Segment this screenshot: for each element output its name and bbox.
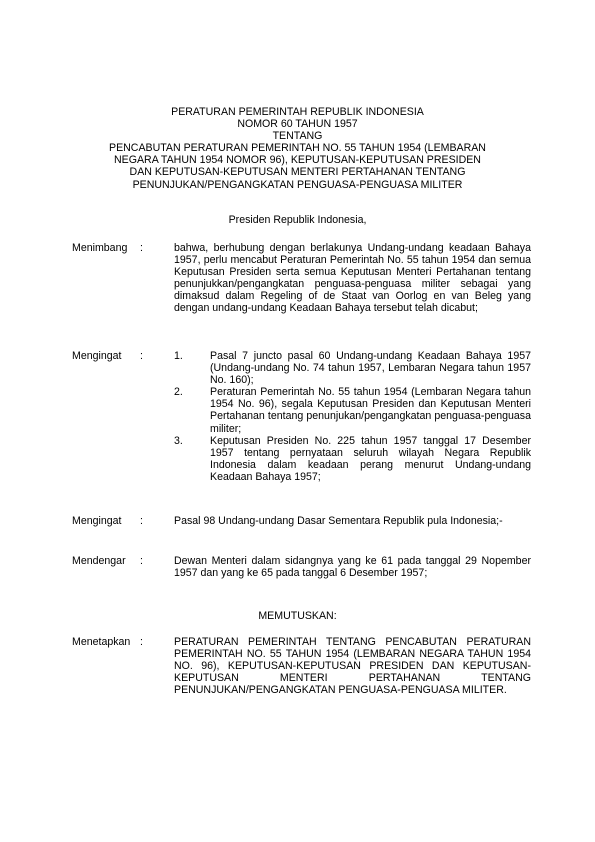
title-line: PENUNJUKAN/PENGANGKATAN PENGUASA-PENGUAS…	[60, 179, 535, 191]
title-line: PERATURAN PEMERINTAH REPUBLIK INDONESIA	[60, 106, 535, 118]
title-line: NEGARA TAHUN 1954 NOMOR 96), KEPUTUSAN-K…	[60, 154, 535, 166]
section-colon: :	[140, 515, 143, 527]
list-item: 2. Peraturan Pemerintah No. 55 tahun 195…	[174, 386, 531, 434]
section-colon: :	[140, 242, 143, 254]
title-line: DAN KEPUTUSAN-KEPUTUSAN MENTERI PERTAHAN…	[60, 166, 535, 178]
opening-line: Presiden Republik Indonesia,	[60, 214, 535, 226]
title-line: TENTANG	[60, 130, 535, 142]
section-label: Menetapkan	[72, 636, 130, 648]
section-colon: :	[140, 636, 143, 648]
section-colon: :	[140, 350, 143, 362]
document-title: PERATURAN PEMERINTAH REPUBLIK INDONESIA …	[60, 106, 535, 191]
list-item: 3. Keputusan Presiden No. 225 tahun 1957…	[174, 435, 531, 483]
section-body: Dewan Menteri dalam sidangnya yang ke 61…	[174, 555, 531, 579]
list-number: 1.	[174, 350, 183, 362]
list-item: 1. Pasal 7 juncto pasal 60 Undang-undang…	[174, 350, 531, 386]
section-colon: :	[140, 555, 143, 567]
list-text: Keputusan Presiden No. 225 tahun 1957 ta…	[210, 435, 531, 483]
memutuskan-heading: MEMUTUSKAN:	[60, 610, 535, 622]
section-label: Menimbang	[72, 242, 127, 254]
section-body: PERATURAN PEMERINTAH TENTANG PENCABUTAN …	[174, 636, 531, 696]
section-label: Mengingat	[72, 350, 121, 362]
section-label: Mengingat	[72, 515, 121, 527]
list-text: Peraturan Pemerintah No. 55 tahun 1954 (…	[210, 386, 531, 434]
title-line: NOMOR 60 TAHUN 1957	[60, 118, 535, 130]
section-label: Mendengar	[72, 555, 126, 567]
section-body: bahwa, berhubung dengan berlakunya Undan…	[174, 242, 531, 315]
list-text: Pasal 7 juncto pasal 60 Undang-undang Ke…	[210, 350, 531, 386]
list-number: 2.	[174, 386, 183, 398]
list-number: 3.	[174, 435, 183, 447]
title-line: PENCABUTAN PERATURAN PEMERINTAH NO. 55 T…	[60, 142, 535, 154]
mengingat-list: 1. Pasal 7 juncto pasal 60 Undang-undang…	[174, 350, 531, 483]
section-body: Pasal 98 Undang-undang Dasar Sementara R…	[174, 515, 531, 527]
document-page: PERATURAN PEMERINTAH REPUBLIK INDONESIA …	[0, 0, 595, 842]
